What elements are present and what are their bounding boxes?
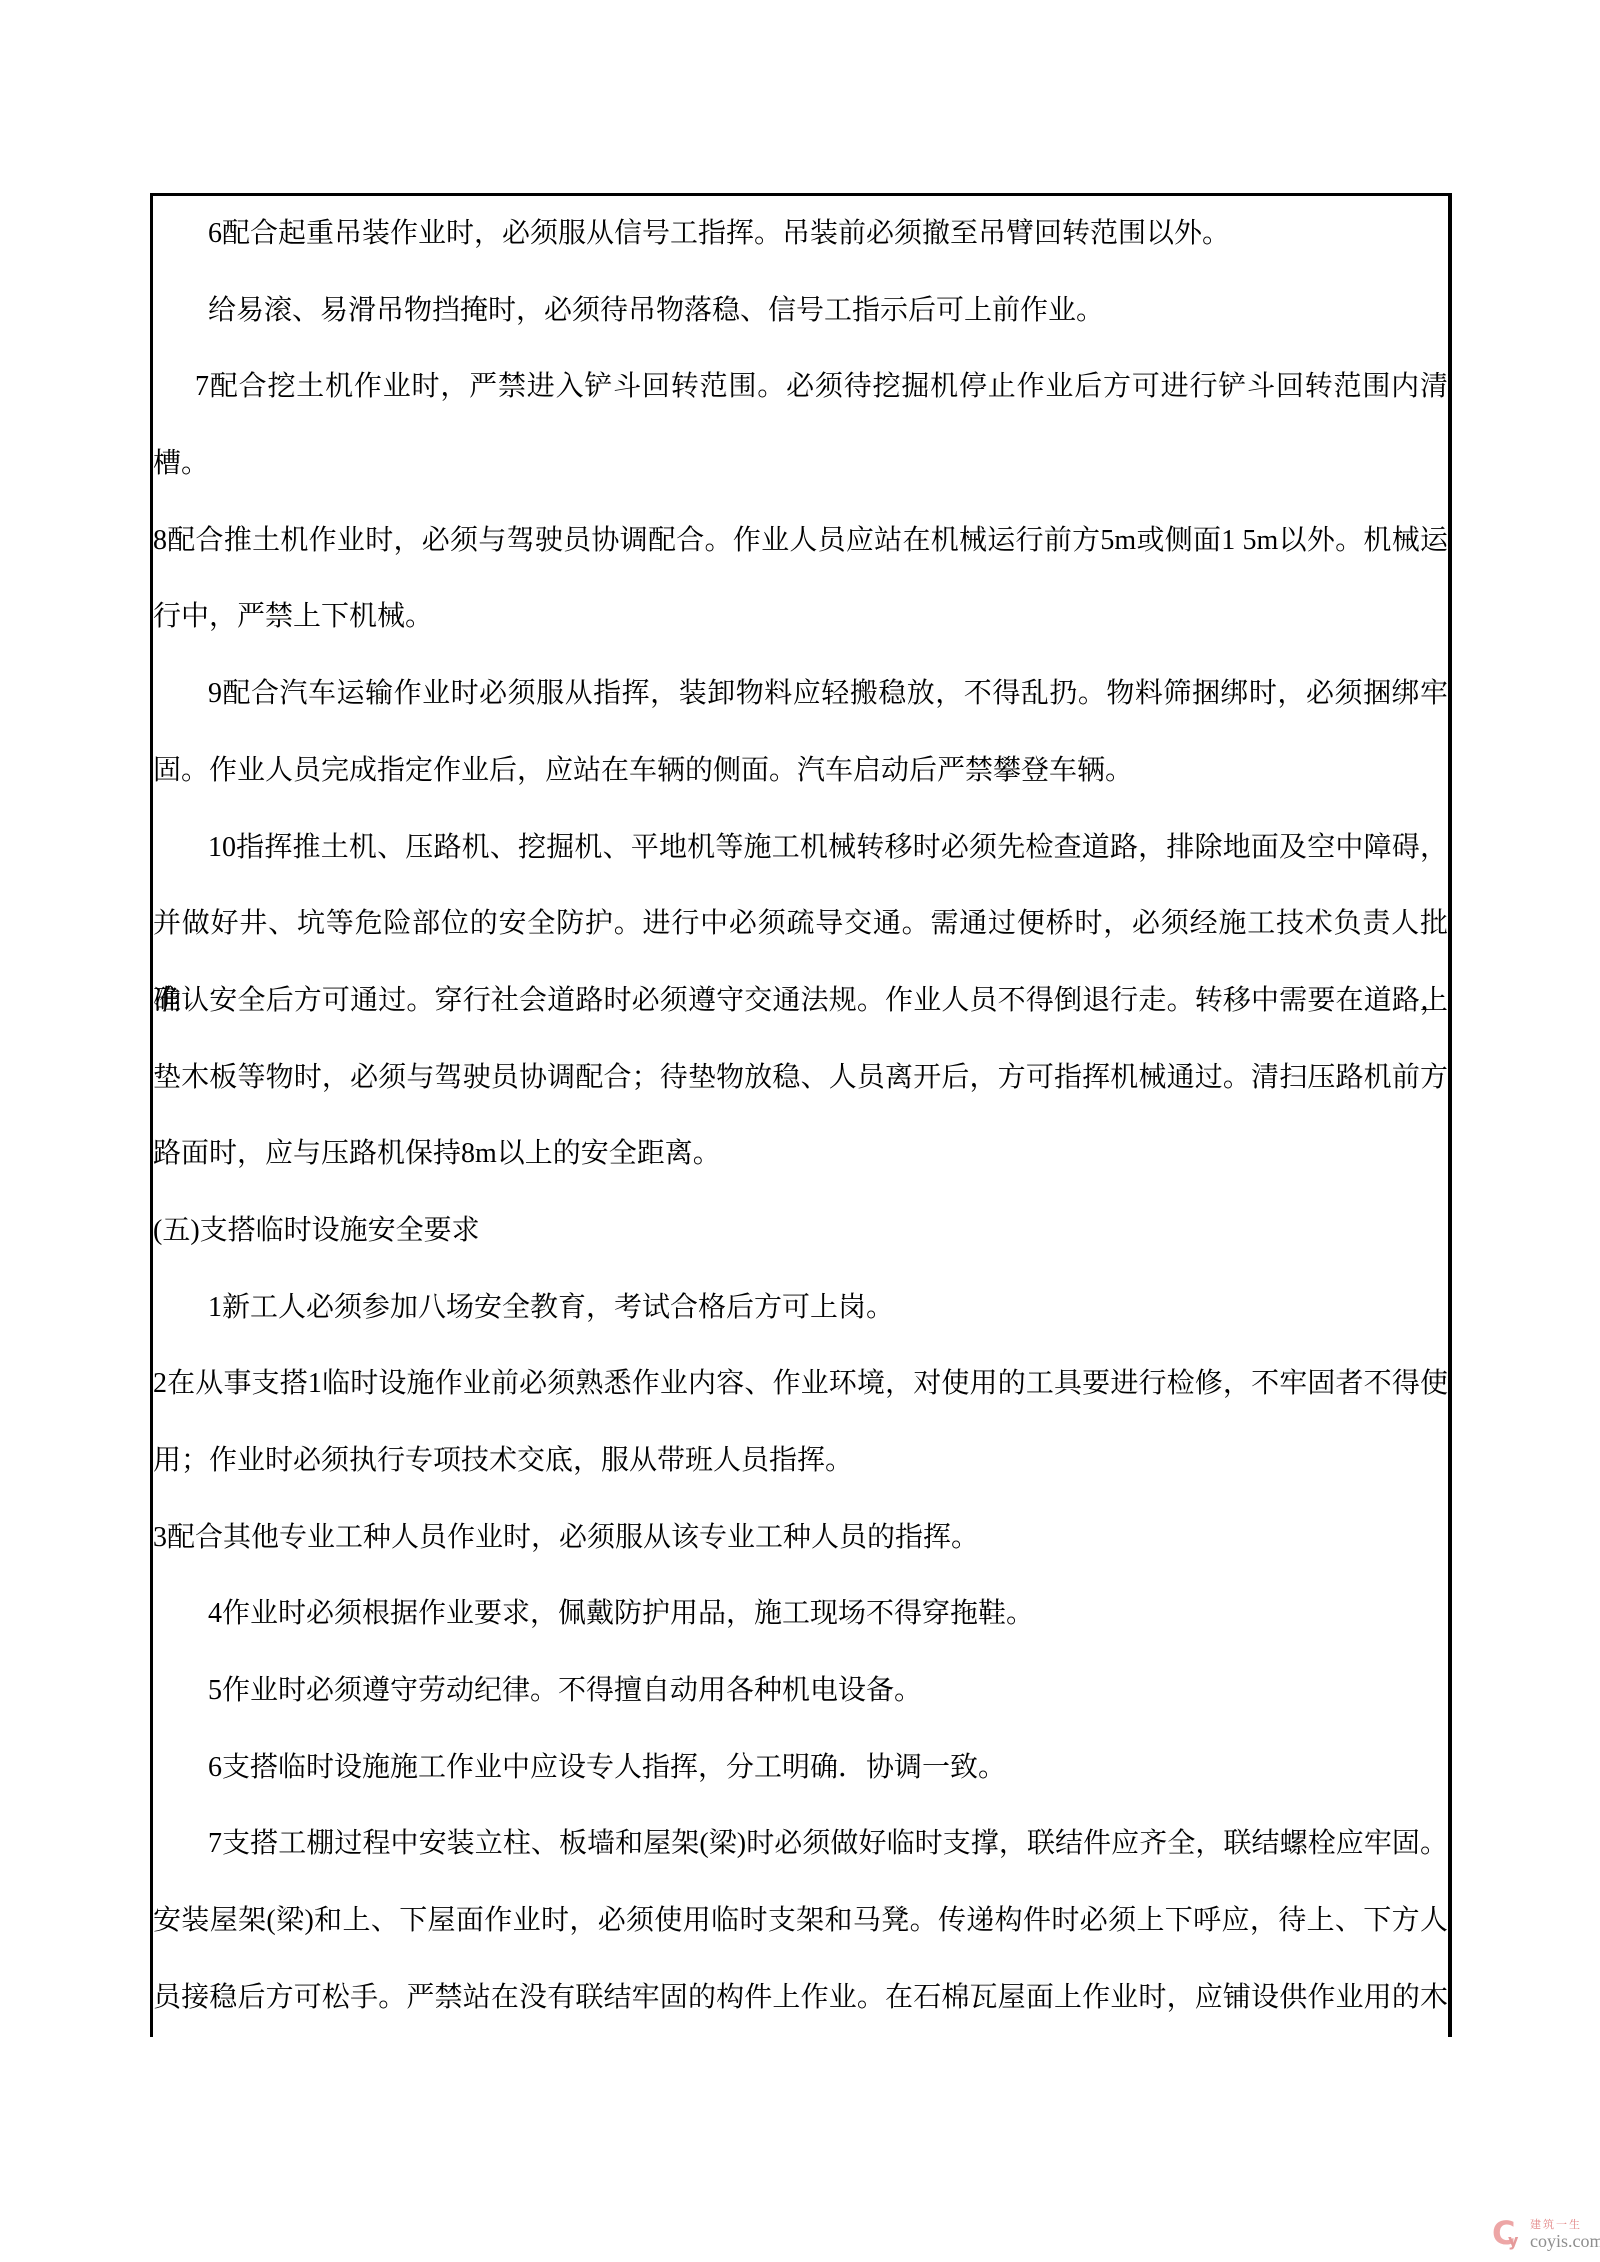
text-line: 7配合挖土机作业时，严禁进入铲斗回转范围。必须待挖掘机停止作业后方可进行铲斗回转… <box>153 349 1448 426</box>
text-line: 安装屋架(梁)和上、下屋面作业时，必须使用临时支架和马凳。传递构件时必须上下呼应… <box>153 1883 1448 1960</box>
watermark-site-text: coyis.com <box>1530 2231 1600 2251</box>
text-line: 2在从事支搭1临时设施作业前必须熟悉作业内容、作业环境，对使用的工具要进行检修，… <box>153 1346 1448 1423</box>
page: { "document": { "lines": [ "6配合起重吊装作业时，必… <box>0 0 1600 2262</box>
watermark-brand-text: 建筑一生 <box>1530 2218 1600 2231</box>
text-line: 9配合汽车运输作业时必须服从指挥，装卸物料应轻搬稳放，不得乱扔。物料筛捆绑时，必… <box>153 656 1448 733</box>
text-line: 7支搭工棚过程中安装立柱、板墙和屋架(梁)时必须做好临时支撑，联结件应齐全，联结… <box>153 1806 1448 1883</box>
text-line: 6支搭临时设施施工作业中应设专人指挥，分工明确．协调一致。 <box>153 1730 1448 1807</box>
text-line: 8配合推土机作业时，必须与驾驶员协调配合。作业人员应站在机械运行前方5m或侧面1… <box>153 503 1448 580</box>
text-line: 4作业时必须根据作业要求，佩戴防护用品，施工现场不得穿拖鞋。 <box>153 1576 1448 1653</box>
text-line: 10指挥推土机、压路机、挖掘机、平地机等施工机械转移时必须先检查道路，排除地面及… <box>153 810 1448 887</box>
watermark: C y 建筑一生 coyis.com <box>1492 2218 1600 2254</box>
section-heading: (五)支搭临时设施安全要求 <box>153 1193 1448 1270</box>
text-line: 5作业时必须遵守劳动纪律。不得擅自动用各种机电设备。 <box>153 1653 1448 1730</box>
text-line: 并做好井、坑等危险部位的安全防护。进行中必须疏导交通。需通过便桥时，必须经施工技… <box>153 886 1448 963</box>
text-line: 用；作业时必须执行专项技术交底，服从带班人员指挥。 <box>153 1423 1448 1500</box>
text-line: 槽。 <box>153 426 1448 503</box>
text-line: 给易滚、易滑吊物挡掩时，必须待吊物落稳、信号工指示后可上前作业。 <box>153 273 1448 350</box>
text-line: 行中，严禁上下机械。 <box>153 579 1448 656</box>
document-table-cell: 6配合起重吊装作业时，必须服从信号工指挥。吊装前必须撤至吊臂回转范围以外。 给易… <box>150 193 1452 2037</box>
text-line: 3配合其他专业工种人员作业时，必须服从该专业工种人员的指挥。 <box>153 1500 1448 1577</box>
text-line: 路面时，应与压路机保持8m以上的安全距离。 <box>153 1116 1448 1193</box>
text-line: 垫木板等物时，必须与驾驶员协调配合；待垫物放稳、人员离开后，方可指挥机械通过。清… <box>153 1040 1448 1117</box>
coyis-logo-icon: C y <box>1492 2218 1526 2254</box>
text-line: 1新工人必须参加八场安全教育，考试合格后方可上岗。 <box>153 1270 1448 1347</box>
text-line: 6配合起重吊装作业时，必须服从信号工指挥。吊装前必须撤至吊臂回转范围以外。 <box>153 196 1448 273</box>
text-line: 固。作业人员完成指定作业后，应站在车辆的侧面。汽车启动后严禁攀登车辆。 <box>153 733 1448 810</box>
text-line: 员接稳后方可松手。严禁站在没有联结牢固的构件上作业。在石棉瓦屋面上作业时，应铺设… <box>153 1960 1448 2037</box>
text-line: 确认安全后方可通过。穿行社会道路时必须遵守交通法规。作业人员不得倒退行走。转移中… <box>153 963 1448 1040</box>
logo-letter-y: y <box>1508 2232 1518 2250</box>
